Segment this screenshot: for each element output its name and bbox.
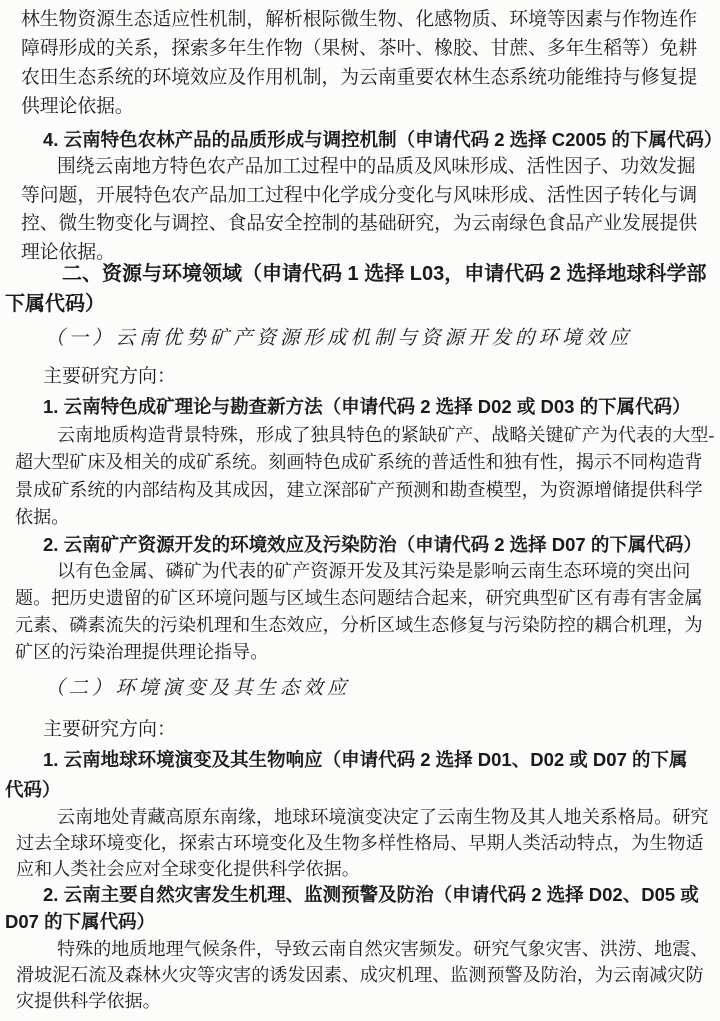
text-line: 主要研究方向： (0, 715, 720, 744)
research-directions-label: 主要研究方向： (0, 715, 720, 744)
text-line: 障碍形成的关系，探索多年生作物（果树、茶叶、橡胶、甘蔗、多年生稻等）免耕 (0, 34, 720, 63)
subsection-2-title: （二）环境演变及其生态效应 (0, 675, 720, 703)
text-line: 滑坡泥石流及森林火灾等灾害的诱发因素、成灾机理、监测预警及防治，为云南减灾防 (0, 962, 720, 988)
heading-line: 2. 云南矿产资源开发的环境效应及污染防治（申请代码 2 选择 D07 的下属代… (0, 530, 720, 559)
topic-4-heading: 4. 云南特色农林产品的品质形成与调控机制（申请代码 2 选择 C2005 的下… (0, 125, 720, 154)
subsection-1-title: （一）云南优势矿产资源形成机制与资源开发的环境效应 (0, 325, 720, 353)
text-line: 云南地处青藏高原东南缘，地球环境演变决定了云南生物及其人地关系格局。研究 (0, 804, 720, 830)
text-line: 应和人类社会应对全球变化提供科学依据。 (0, 856, 720, 882)
text-line: 供理论依据。 (0, 92, 720, 121)
env-direction-2-paragraph: 特殊的地质地理气候条件，导致云南自然灾害频发。研究气象灾害、洪涝、地震、 滑坡泥… (0, 936, 720, 1014)
direction-1-paragraph: 云南地质构造背景特殊，形成了独具特色的紧缺矿产、战略关键矿产为代表的大型- 超大… (0, 422, 720, 532)
heading-line: 下属代码） (0, 289, 720, 319)
document-page: 林生物资源生态适应性机制，解析根际微生物、化感物质、环境等因素与作物连作 障碍形… (0, 0, 720, 1021)
direction-2-paragraph: 以有色金属、磷矿为代表的矿产资源开发及其污染是影响云南生态环境的突出问 题。把历… (0, 558, 720, 666)
heading-line: 1. 云南地球环境演变及其生物响应（申请代码 2 选择 D01、D02 或 D0… (0, 745, 720, 775)
heading-line: 1. 云南特色成矿理论与勘查新方法（申请代码 2 选择 D02 或 D03 的下… (0, 392, 720, 421)
text-line: 农田生态系统的环境效应及作用机制，为云南重要农林生态系统功能维持与修复提 (0, 63, 720, 92)
text-line: 以有色金属、磷矿为代表的矿产资源开发及其污染是影响云南生态环境的突出问 (0, 558, 720, 585)
subheading-line: （二）环境演变及其生态效应 (0, 675, 720, 703)
topic-4-paragraph: 围绕云南地方特色农产品加工过程中的品质及风味形成、活性因子、功效发掘 等问题，开… (0, 153, 720, 267)
text-line: 等问题，开展特色农产品加工过程中化学成分变化与风味形成、活性因子转化与调 (0, 182, 720, 211)
text-line: 超大型矿床及相关的成矿系统。刻画特色成矿系统的普适性和独有性，揭示不同构造背 (0, 449, 720, 476)
continued-paragraph: 林生物资源生态适应性机制，解析根际微生物、化感物质、环境等因素与作物连作 障碍形… (0, 5, 720, 121)
direction-2-heading: 2. 云南矿产资源开发的环境效应及污染防治（申请代码 2 选择 D07 的下属代… (0, 530, 720, 559)
heading-line: D07 的下属代码） (0, 908, 720, 935)
section-2-heading: 二、资源与环境领域（申请代码 1 选择 L03，申请代码 2 选择地球科学部 下… (0, 259, 720, 319)
env-direction-2-heading: 2. 云南主要自然灾害发生机理、监测预警及防治（申请代码 2 选择 D02、D0… (0, 881, 720, 935)
heading-line: 2. 云南主要自然灾害发生机理、监测预警及防治（申请代码 2 选择 D02、D0… (0, 881, 720, 908)
env-direction-1-paragraph: 云南地处青藏高原东南缘，地球环境演变决定了云南生物及其人地关系格局。研究 过去全… (0, 804, 720, 882)
text-line: 围绕云南地方特色农产品加工过程中的品质及风味形成、活性因子、功效发掘 (0, 153, 720, 182)
text-line: 元素、磷素流失的污染机理和生态效应，分析区域生态修复与污染防控的耦合机理，为 (0, 612, 720, 639)
text-line: 灾提供科学依据。 (0, 988, 720, 1014)
text-line: 依据。 (0, 504, 720, 531)
text-line: 题。把历史遗留的矿区环境问题与区域生态问题结合起来，研究典型矿区有毒有害金属 (0, 585, 720, 612)
text-line: 过去全球环境变化，探索古环境变化及生物多样性格局、早期人类活动特点，为生物适 (0, 830, 720, 856)
text-line: 林生物资源生态适应性机制，解析根际微生物、化感物质、环境等因素与作物连作 (0, 5, 720, 34)
text-line: 控、微生物变化与调控、食品安全控制的基础研究，为云南绿色食品产业发展提供 (0, 210, 720, 239)
heading-line: 二、资源与环境领域（申请代码 1 选择 L03，申请代码 2 选择地球科学部 (0, 259, 720, 289)
text-line: 主要研究方向： (0, 362, 720, 391)
text-line: 特殊的地质地理气候条件，导致云南自然灾害频发。研究气象灾害、洪涝、地震、 (0, 936, 720, 962)
text-line: 云南地质构造背景特殊，形成了独具特色的紧缺矿产、战略关键矿产为代表的大型- (0, 422, 720, 449)
env-direction-1-heading: 1. 云南地球环境演变及其生物响应（申请代码 2 选择 D01、D02 或 D0… (0, 745, 720, 805)
text-line: 矿区的污染治理提供理论指导。 (0, 639, 720, 666)
subheading-line: （一）云南优势矿产资源形成机制与资源开发的环境效应 (0, 325, 720, 353)
research-directions-label: 主要研究方向： (0, 362, 720, 391)
direction-1-heading: 1. 云南特色成矿理论与勘查新方法（申请代码 2 选择 D02 或 D03 的下… (0, 392, 720, 421)
heading-line: 代码） (0, 775, 720, 805)
heading-line: 4. 云南特色农林产品的品质形成与调控机制（申请代码 2 选择 C2005 的下… (0, 125, 720, 154)
text-line: 景成矿系统的内部结构及其成因，建立深部矿产预测和勘查模型，为资源增储提供科学 (0, 477, 720, 504)
